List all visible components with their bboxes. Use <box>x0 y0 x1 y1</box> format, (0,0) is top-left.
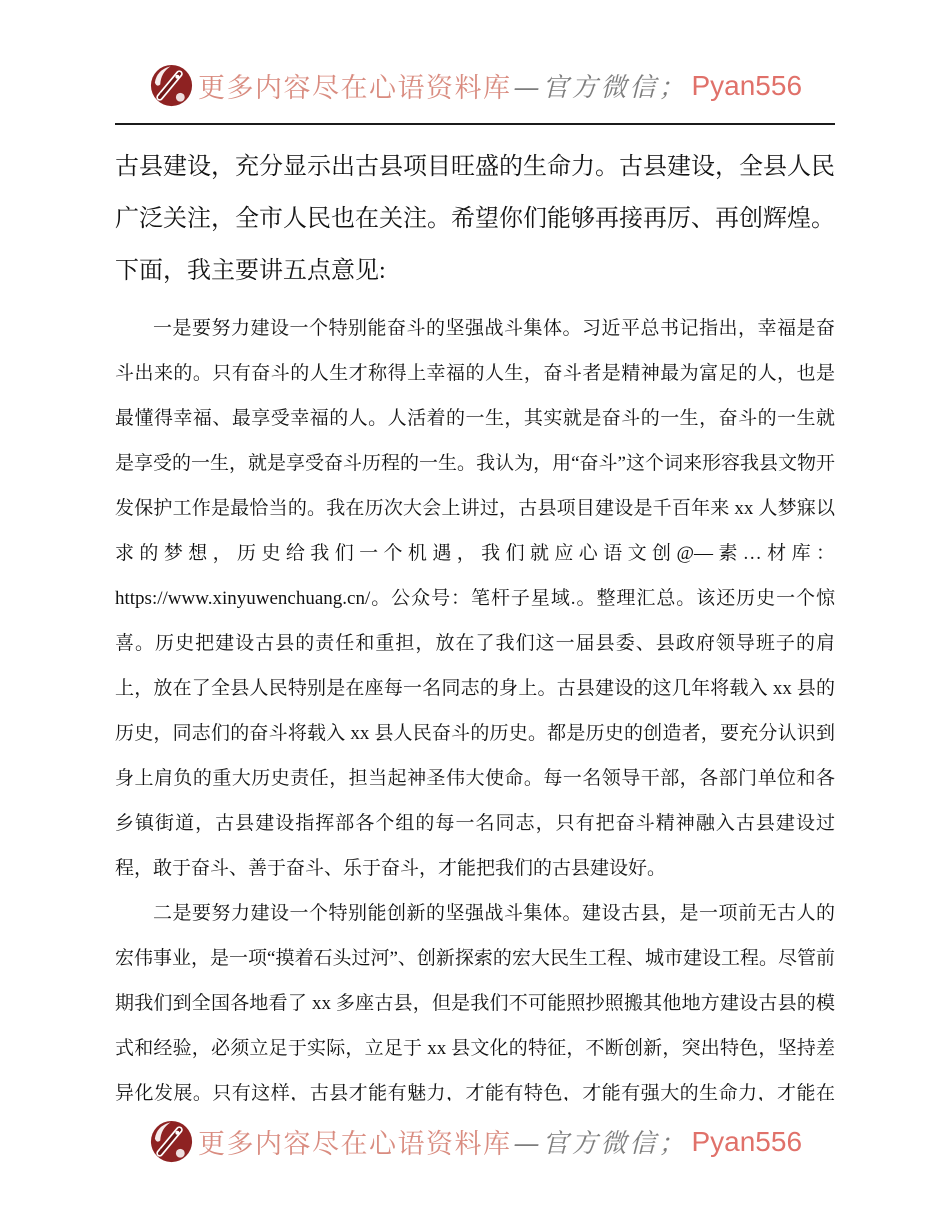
paragraph-point-two: 二是要努力建设一个特别能创新的坚强战斗集体。建设古县，是一项前无古人的宏伟事业，… <box>115 891 835 1101</box>
document-page: 更多内容尽在心语资料库 —官方微信； Pyan556 古县建设，充分显示出古县项… <box>0 0 950 1230</box>
brand-text: 更多内容尽在心语资料库 <box>198 66 512 105</box>
pen-logo-icon <box>148 1118 195 1165</box>
paragraph-point-one: 一是要努力建设一个特别能奋斗的坚强战斗集体。习近平总书记指出，幸福是奋斗出来的。… <box>115 306 835 891</box>
header-divider <box>115 123 835 125</box>
wechat-id: Pyan556 <box>691 1126 802 1158</box>
paragraph-lead: 古县建设，充分显示出古县项目旺盛的生命力。古县建设，全县人民广泛关注，全市人民也… <box>115 141 835 297</box>
document-body: 古县建设，充分显示出古县项目旺盛的生命力。古县建设，全县人民广泛关注，全市人民也… <box>115 141 835 1101</box>
pen-logo-icon <box>148 62 195 109</box>
wechat-label: —官方微信； <box>513 1123 687 1160</box>
footer-brand: 更多内容尽在心语资料库 —官方微信； Pyan556 <box>0 1118 950 1165</box>
header-brand: 更多内容尽在心语资料库 —官方微信； Pyan556 <box>0 62 950 109</box>
wechat-label: —官方微信； <box>513 67 687 104</box>
wechat-id: Pyan556 <box>691 70 802 102</box>
brand-text: 更多内容尽在心语资料库 <box>198 1122 512 1161</box>
